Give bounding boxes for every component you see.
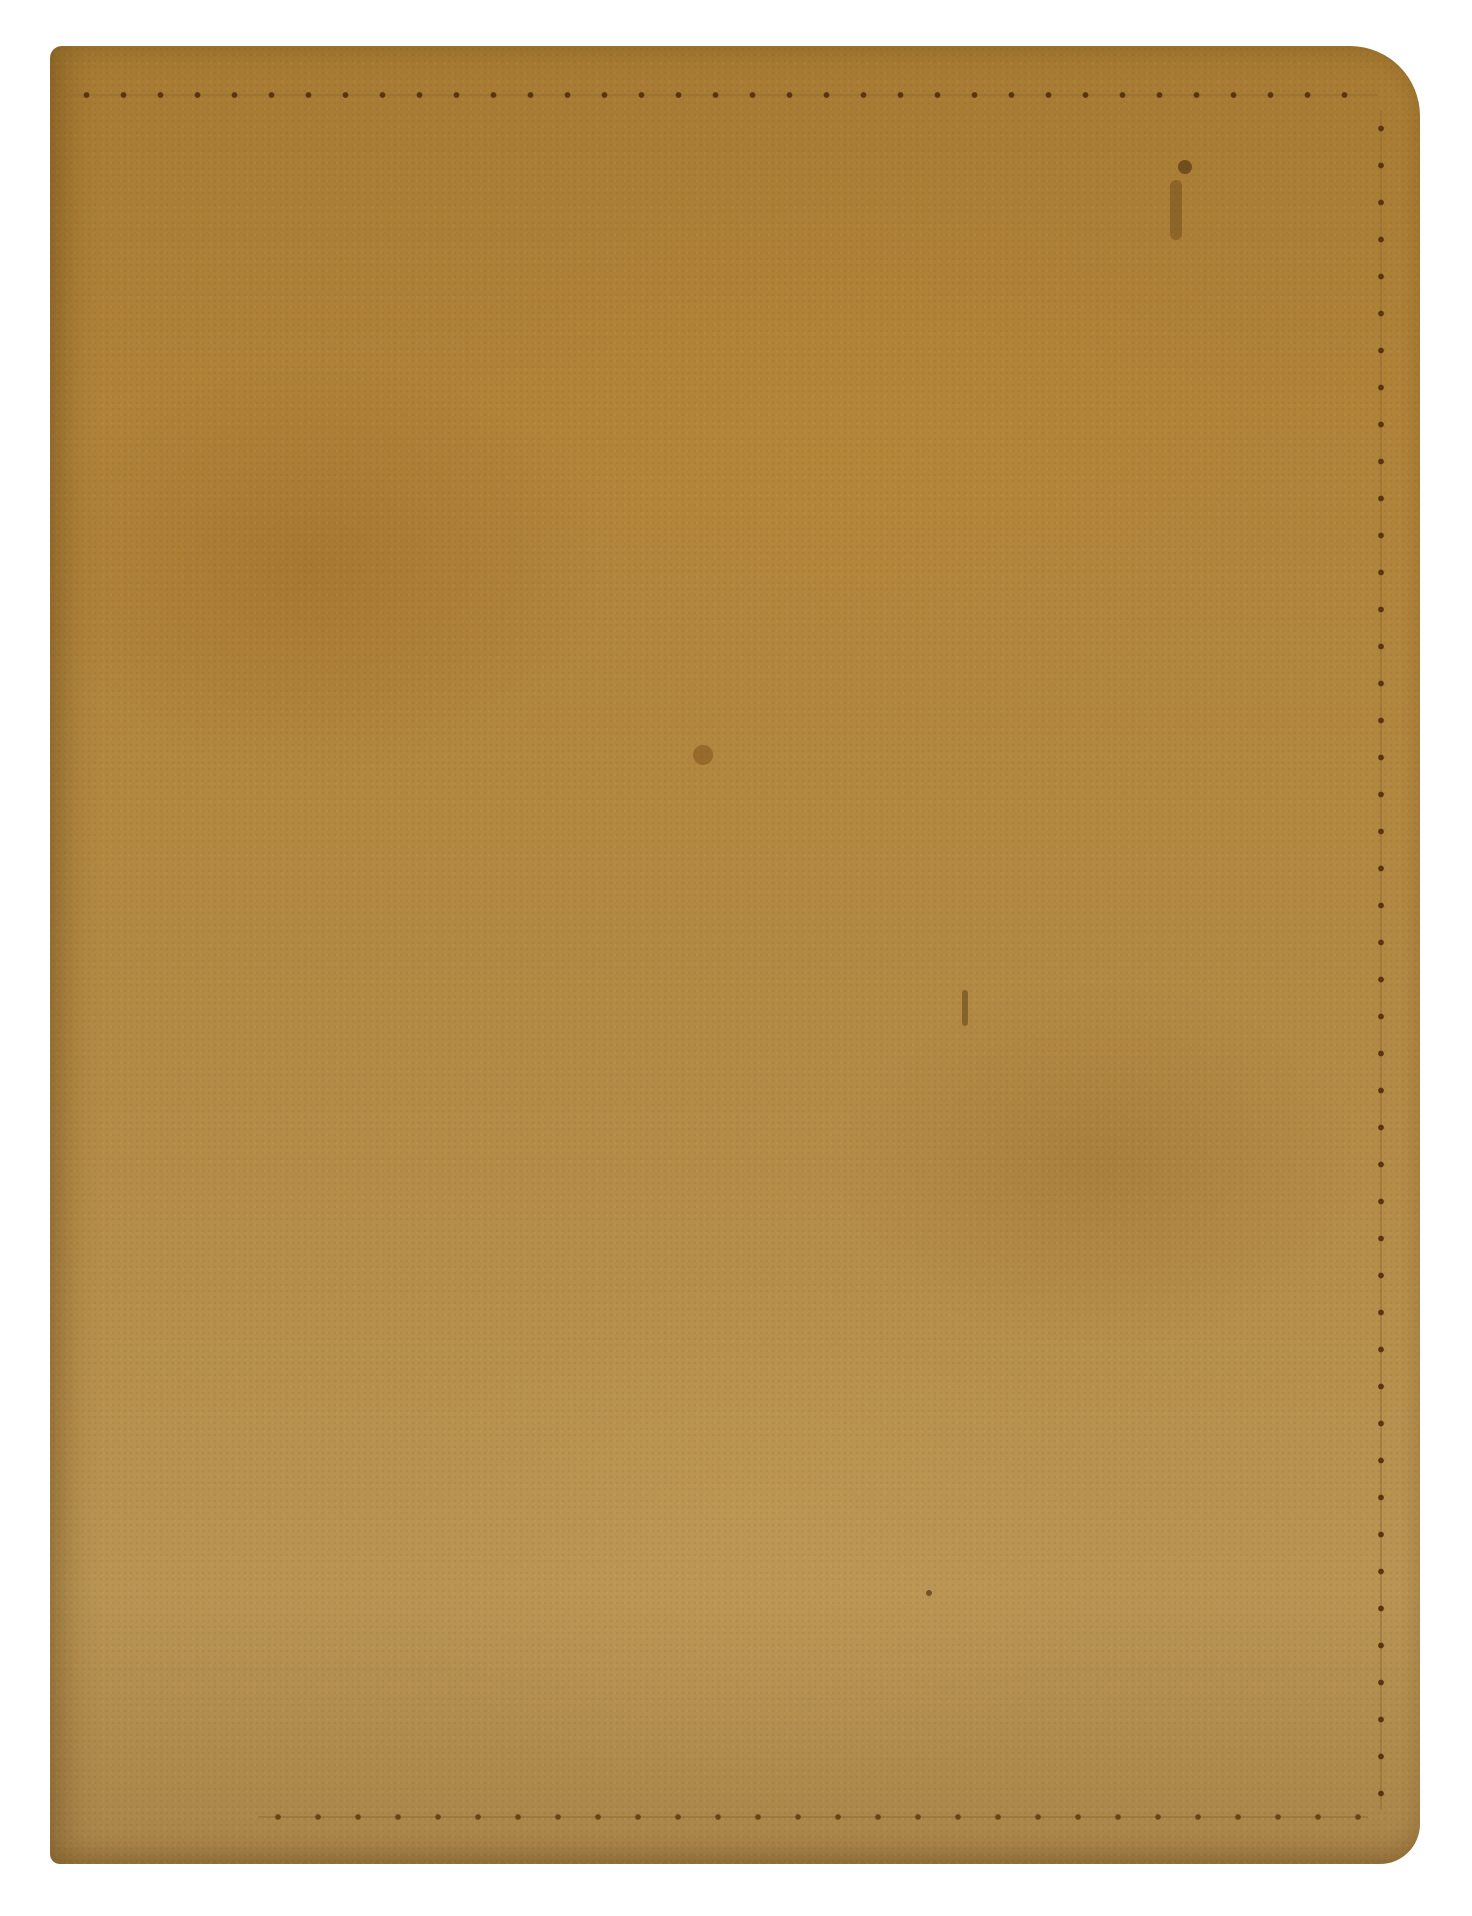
top-stitching	[68, 92, 1378, 98]
right-stitching	[1378, 110, 1384, 1810]
tiny-dot	[926, 1590, 932, 1596]
center-spot	[693, 745, 713, 765]
small-mark	[962, 990, 968, 1026]
scuff-mark	[1178, 160, 1192, 174]
bottom-stitching	[258, 1814, 1368, 1820]
scuff-streak	[1170, 180, 1182, 240]
product-photo	[0, 0, 1472, 1916]
leather-wallet	[50, 46, 1420, 1864]
